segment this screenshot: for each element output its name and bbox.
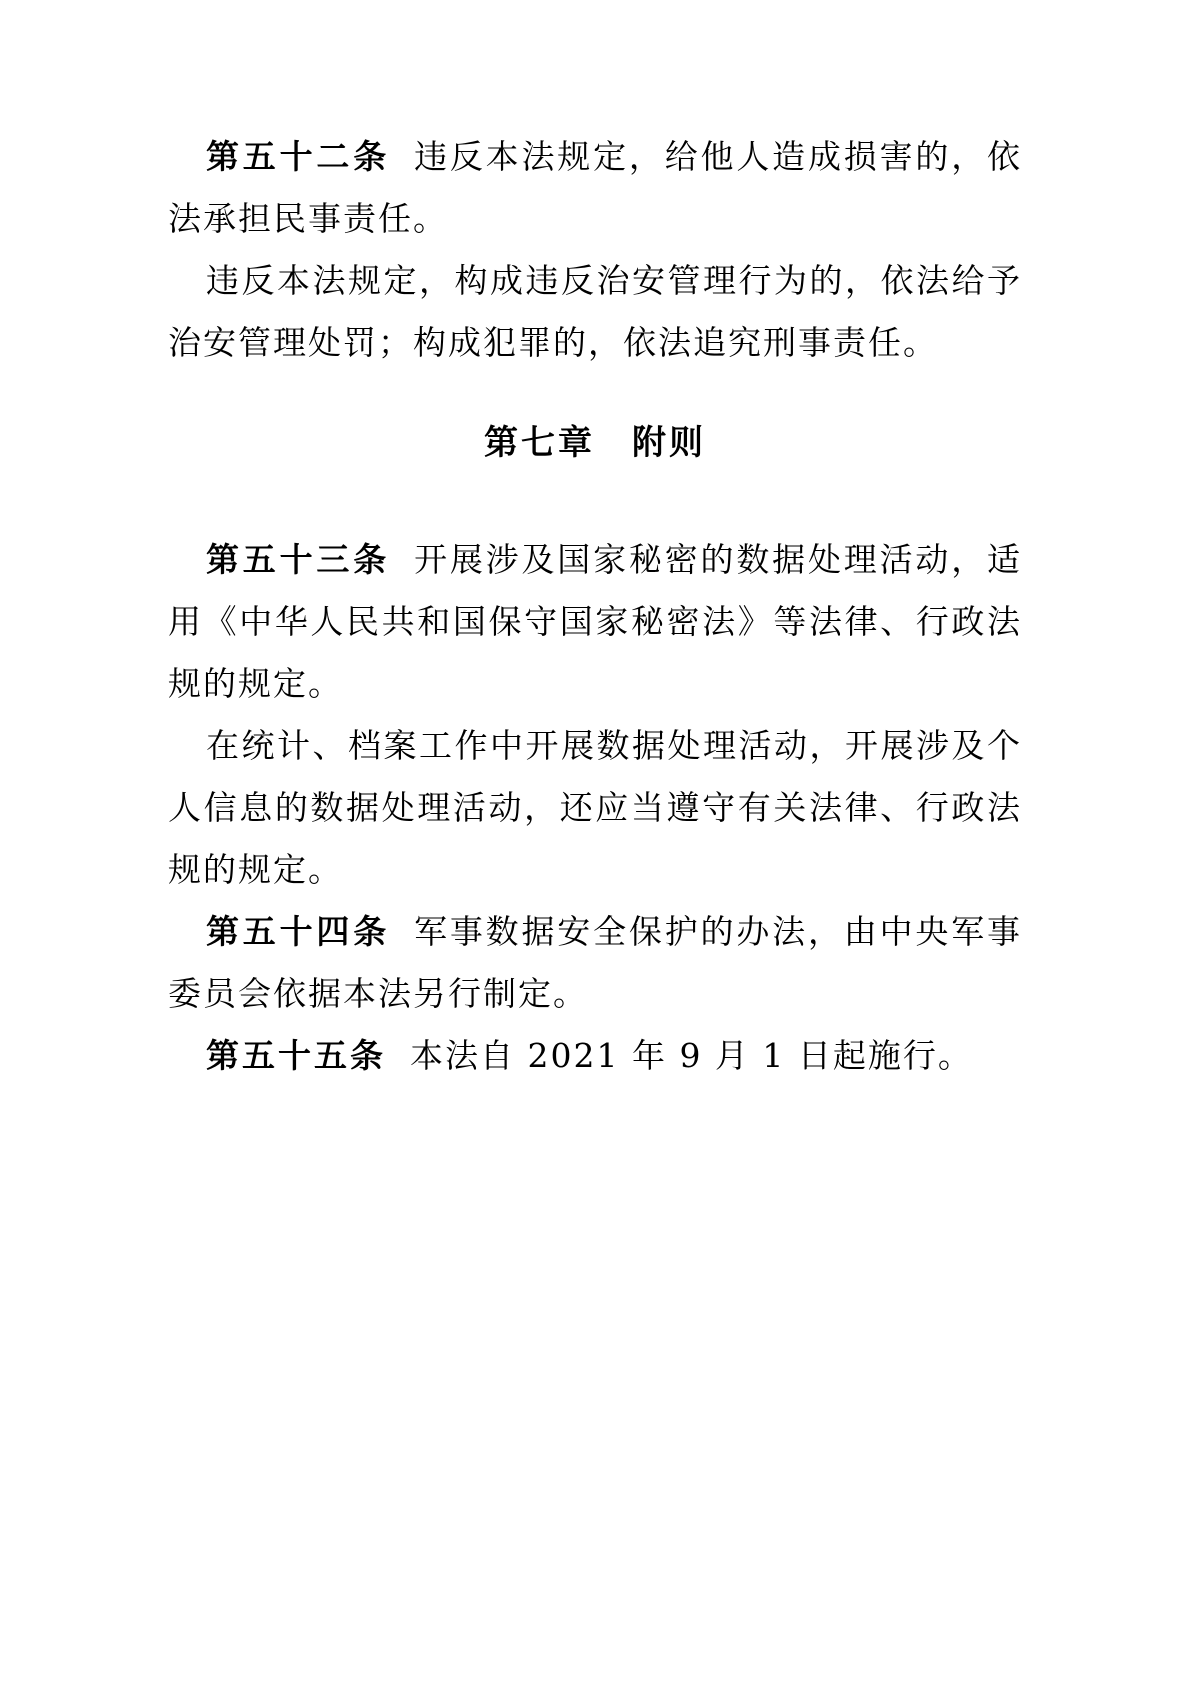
- article-55-text: 本法自 2021 年 9 月 1 日起施行。: [410, 1036, 973, 1075]
- article-53-paragraph-2: 在统计、档案工作中开展数据处理活动，开展涉及个人信息的数据处理活动，还应当遵守有…: [168, 715, 1022, 901]
- article-53-number: 第五十三条: [206, 540, 390, 579]
- article-52-number: 第五十二条: [206, 137, 390, 176]
- article-54-paragraph: 第五十四条军事数据安全保护的办法，由中央军事委员会依据本法另行制定。: [168, 901, 1022, 1025]
- article-52-paragraph: 第五十二条违反本法规定，给他人造成损害的，依法承担民事责任。: [168, 126, 1022, 250]
- chapter-7-heading: 第七章 附则: [168, 412, 1022, 474]
- document-content: 第五十二条违反本法规定，给他人造成损害的，依法承担民事责任。 违反本法规定，构成…: [168, 126, 1022, 1087]
- article-55-number: 第五十五条: [206, 1036, 386, 1075]
- article-52-paragraph-2: 违反本法规定，构成违反治安管理行为的，依法给予治安管理处罚；构成犯罪的，依法追究…: [168, 250, 1022, 374]
- document-page: 第五十二条违反本法规定，给他人造成损害的，依法承担民事责任。 违反本法规定，构成…: [0, 0, 1191, 1684]
- article-53-paragraph-2-text: 在统计、档案工作中开展数据处理活动，开展涉及个人信息的数据处理活动，还应当遵守有…: [168, 726, 1022, 889]
- article-54-number: 第五十四条: [206, 912, 390, 951]
- article-53-paragraph: 第五十三条开展涉及国家秘密的数据处理活动，适用《中华人民共和国保守国家秘密法》等…: [168, 529, 1022, 715]
- article-52-paragraph-2-text: 违反本法规定，构成违反治安管理行为的，依法给予治安管理处罚；构成犯罪的，依法追究…: [168, 261, 1022, 362]
- article-55-paragraph: 第五十五条本法自 2021 年 9 月 1 日起施行。: [168, 1025, 1022, 1087]
